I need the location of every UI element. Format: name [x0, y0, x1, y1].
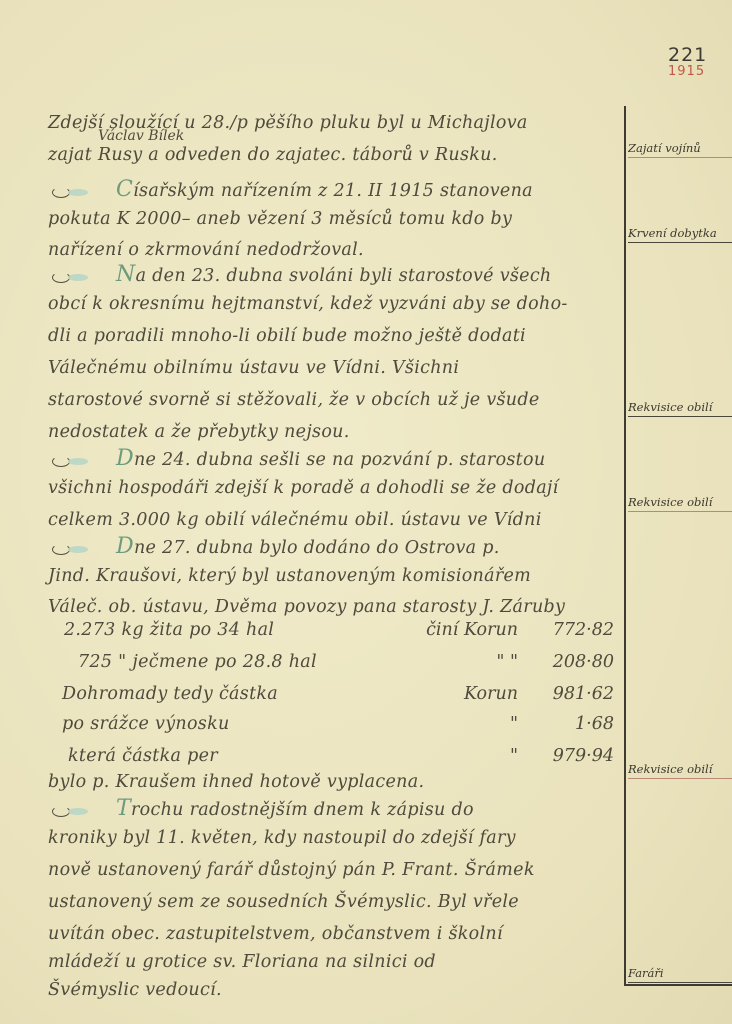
line-text: Válečnému obilnímu ústavu ve Vídni. Všic…: [48, 358, 459, 378]
margin-note: Faráři: [628, 966, 732, 983]
text-line: Váleč. ob. ústavu, Dvěma povozy pana sta…: [48, 597, 565, 617]
text-line: obcí k okresnímu hejtmanství, kdež vyzvá…: [48, 294, 568, 314]
text-line: nedostatek a že přebytky nejsou.: [48, 422, 350, 442]
text-line: dli a poradili mnoho-li obilí bude možno…: [48, 326, 526, 346]
line-text: nově ustanovený farář důstojný pán P. Fr…: [48, 860, 535, 880]
page-year: 1915: [668, 64, 705, 79]
paragraph-flourish-icon: [48, 542, 98, 556]
text-line: nařízení o zkrmování nedodržoval.: [48, 240, 364, 260]
text-line: Císařským nařízením z 21. II 1915 stanov…: [48, 177, 533, 202]
line-text: kroniky byl 11. květen, kdy nastoupil do…: [48, 828, 516, 848]
line-text: pokuta K 2000– aneb vězení 3 měsíců tomu…: [48, 209, 512, 229]
line-text: nedostatek a že přebytky nejsou.: [48, 422, 350, 442]
ledger-label: 725 " ječmene po 28.8 hal: [78, 652, 317, 672]
line-text: dli a poradili mnoho-li obilí bude možno…: [48, 326, 526, 346]
text-line: Jind. Kraušovi, který byl ustanoveným ko…: [48, 566, 531, 586]
ledger-unit: činí Korun: [408, 620, 518, 640]
ledger-label: 2.273 kg žita po 34 hal: [64, 620, 274, 640]
text-line: ustanovený sem ze sousedních Švémyslic. …: [48, 892, 519, 912]
line-text: a den 23. dubna svoláni byli starostové …: [136, 266, 552, 286]
ledger-amount: 979·94: [526, 746, 614, 766]
ledger-unit: " ": [408, 652, 518, 672]
line-text: zajat Rusy a odveden do zajatec. táborů …: [48, 145, 498, 165]
text-line: Na den 23. dubna svoláni byli starostové…: [48, 262, 552, 287]
line-text: Jind. Kraušovi, který byl ustanoveným ko…: [48, 566, 531, 586]
ledger-unit: Korun: [408, 684, 518, 704]
margin-bottom-rule: [624, 984, 732, 986]
text-line: celkem 3.000 kg obilí válečnému obil. ús…: [48, 510, 542, 530]
line-text: uvítán obec. zastupitelstvem, občanstvem…: [48, 924, 503, 944]
line-text: celkem 3.000 kg obilí válečnému obil. ús…: [48, 510, 542, 530]
line-text: bylo p. Kraušem ihned hotově vyplacena.: [48, 772, 424, 792]
margin-rule: [624, 106, 626, 986]
line-text: mládeží u grotice sv. Floriana na silnic…: [48, 952, 436, 972]
line-text: ustanovený sem ze sousedních Švémyslic. …: [48, 892, 519, 912]
paragraph-flourish-icon: [48, 454, 98, 468]
text-line: pokuta K 2000– aneb vězení 3 měsíců tomu…: [48, 209, 512, 229]
line-text: ísařským nařízením z 21. II 1915 stanove…: [133, 181, 533, 201]
text-line: Dne 24. dubna sešli se na pozvání p. sta…: [48, 446, 545, 471]
paragraph-flourish-icon: [48, 804, 98, 818]
line-text: ne 27. dubna bylo dodáno do Ostrova p.: [134, 538, 500, 558]
text-line: Švémyslic vedoucí.: [48, 980, 222, 1000]
ledger-label: která částka per: [68, 746, 218, 766]
line-text: Zdejší sloužící u 28./p pěšího pluku byl…: [48, 113, 528, 133]
line-text: ne 24. dubna sešli se na pozvání p. star…: [134, 450, 545, 470]
line-text: obcí k okresnímu hejtmanství, kdež vyzvá…: [48, 294, 568, 314]
line-text: Švémyslic vedoucí.: [48, 980, 222, 1000]
text-line: všichni hospodáři zdejší k poradě a doho…: [48, 478, 559, 498]
text-line: bylo p. Kraušem ihned hotově vyplacena.: [48, 772, 424, 792]
ledger-label: po srážce výnosku: [62, 714, 230, 734]
text-line: zajat Rusy a odveden do zajatec. táborů …: [48, 145, 498, 165]
initial-capital: T: [116, 796, 131, 821]
text-line: nově ustanovený farář důstojný pán P. Fr…: [48, 860, 535, 880]
line-text: nařízení o zkrmování nedodržoval.: [48, 240, 364, 260]
text-line: Válečnému obilnímu ústavu ve Vídni. Všic…: [48, 358, 459, 378]
initial-capital: D: [116, 446, 134, 471]
ledger-unit: ": [408, 714, 518, 734]
ledger-unit: ": [408, 746, 518, 766]
text-line: kroniky byl 11. květen, kdy nastoupil do…: [48, 828, 516, 848]
ledger-amount: 772·82: [526, 620, 614, 640]
margin-note: Zajatí vojínů: [628, 141, 732, 158]
line-text: Váleč. ob. ústavu, Dvěma povozy pana sta…: [48, 597, 565, 617]
text-line: Dne 27. dubna bylo dodáno do Ostrova p.: [48, 534, 500, 559]
ledger-label: Dohromady tedy částka: [62, 684, 278, 704]
text-line: uvítán obec. zastupitelstvem, občanstvem…: [48, 924, 503, 944]
margin-note: Rekvisice obilí: [628, 762, 732, 779]
initial-capital: C: [116, 177, 133, 202]
ledger-amount: 981·62: [526, 684, 614, 704]
line-text: rochu radostnějším dnem k zápisu do: [131, 800, 474, 820]
text-line: starostové svorně si stěžovali, že v obc…: [48, 390, 540, 410]
text-line: Zdejší sloužící u 28./p pěšího pluku byl…: [48, 113, 528, 133]
initial-capital: N: [116, 262, 136, 287]
ledger-amount: 208·80: [526, 652, 614, 672]
margin-note: Rekvisice obilí: [628, 495, 732, 512]
margin-note: Krvení dobytka: [628, 226, 732, 243]
initial-capital: D: [116, 534, 134, 559]
paragraph-flourish-icon: [48, 185, 98, 199]
line-text: všichni hospodáři zdejší k poradě a doho…: [48, 478, 559, 498]
line-text: starostové svorně si stěžovali, že v obc…: [48, 390, 540, 410]
text-line: Trochu radostnějším dnem k zápisu do: [48, 796, 474, 821]
paragraph-flourish-icon: [48, 270, 98, 284]
text-line: mládeží u grotice sv. Floriana na silnic…: [48, 952, 436, 972]
margin-note: Rekvisice obilí: [628, 400, 732, 417]
page-number: 221: [668, 44, 707, 66]
ledger-amount: 1·68: [526, 714, 614, 734]
